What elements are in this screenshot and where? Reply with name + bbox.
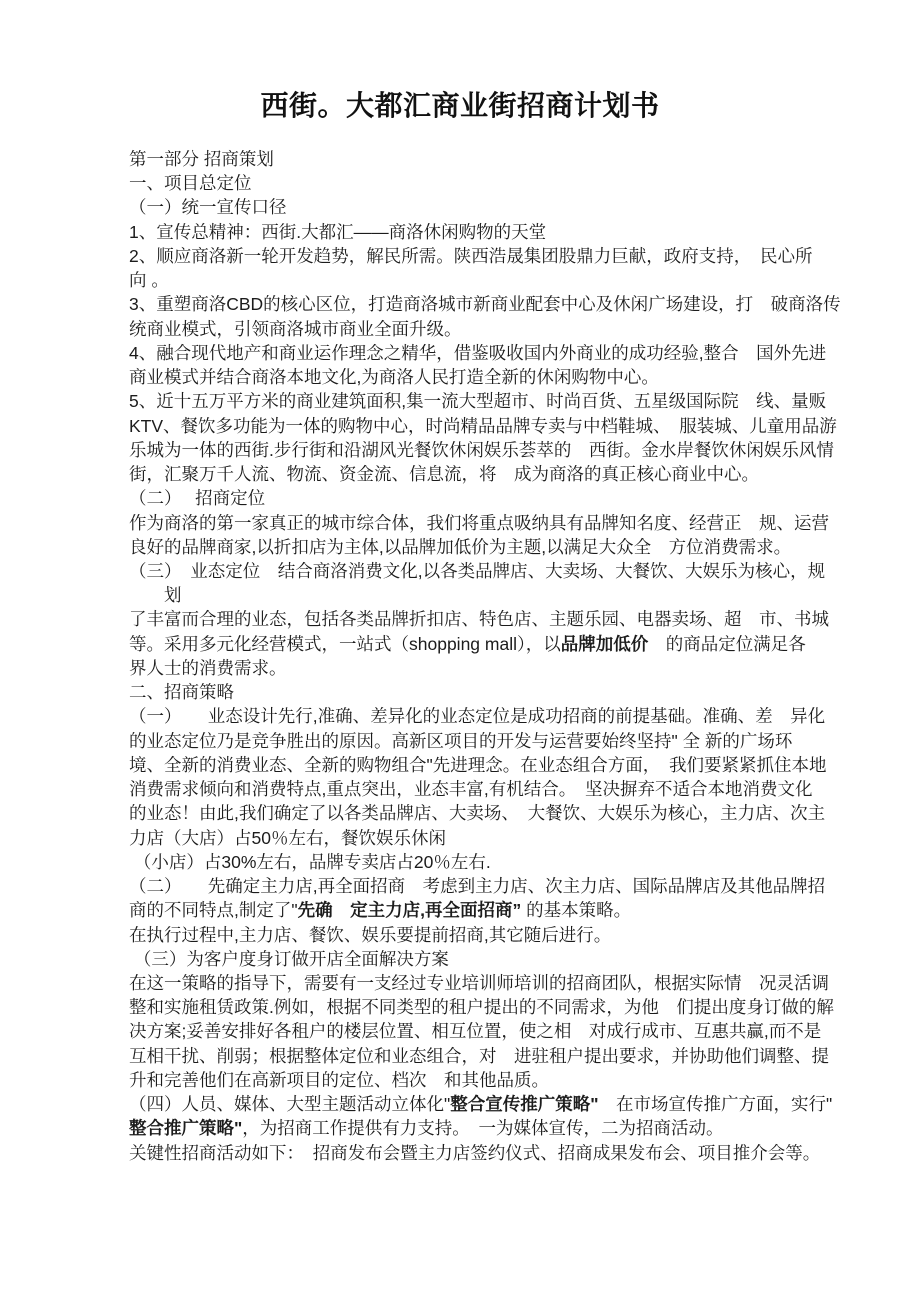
text-segment: 整和实施租赁政策.例如，根据不同类型的租户提出的不同需求，为他 们提出度身订做的… [129, 997, 834, 1017]
text-segment: 作为商洛的第一家真正的城市综合体，我们将重点吸纳具有品牌知名度、经营正 规、运营 [129, 513, 829, 533]
text-segment: 1、宣传总精神：西街.大都汇——商洛休闲购物的天堂 [129, 222, 546, 242]
document-title: 西街。大都汇商业街招商计划书 [0, 90, 920, 122]
text-segment: 二、招商策略 [129, 682, 234, 702]
text-segment: 在这一策略的指导下，需要有一支经过专业培训师培训的招商团队，根据实际情 况灵活调 [129, 973, 829, 993]
text-segment: KTV、餐饮多功能为一体的购物中心，时尚精品品牌专卖与中档鞋城、 服装城、儿童用… [129, 416, 837, 436]
text-segment: （三） 业态定位 结合商洛消费文化,以各类品牌店、大卖场、大餐饮、大娱乐为核心，… [129, 561, 825, 581]
text-segment: 的业态！由此,我们确定了以各类品牌店、大卖场、 大餐饮、大娱乐为核心，主力店、次… [129, 803, 825, 823]
text-segment: 商业模式并结合商洛本地文化,为商洛人民打造全新的休闲购物中心。 [129, 367, 659, 387]
text-segment: 一、项目总定位 [129, 173, 252, 193]
bold-text-segment: 先确 定主力店,再全面招商” [298, 900, 522, 920]
paragraph-line: 2、顺应商洛新一轮开发趋势，解民所需。陕西浩晟集团股鼎力巨献，政府支持， 民心所 [129, 244, 801, 268]
text-segment: 4、融合现代地产和商业运作理念之精华，借鉴吸收国内外商业的成功经验,整合 国外先… [129, 343, 826, 363]
text-segment: 的基本策略。 [521, 900, 631, 920]
document-page: 西街。大都汇商业街招商计划书 第一部分 招商策划一、项目总定位（一）统一宣传口径… [0, 0, 920, 1302]
paragraph-line: 界人士的消费需求。 [129, 656, 801, 680]
text-segment: ，为招商工作提供有力支持。 一为媒体宣传，二为招商活动。 [242, 1118, 723, 1138]
paragraph-line: （一）统一宣传口径 [129, 195, 801, 219]
text-segment: 在市场宣传推广方面，实行" [599, 1094, 833, 1114]
text-segment: 界人士的消费需求。 [129, 658, 287, 678]
bold-text-segment: 整合推广策略" [129, 1118, 242, 1138]
paragraph-line: 整和实施租赁政策.例如，根据不同类型的租户提出的不同需求，为他 们提出度身订做的… [129, 995, 801, 1019]
paragraph-line: 良好的品牌商家,以折扣店为主体,以品牌加低价为主题,以满足大众全 方位消费需求。 [129, 535, 801, 559]
text-segment: 第一部分 招商策划 [129, 149, 274, 169]
paragraph-line: 向 。 [129, 268, 801, 292]
text-segment: 境、全新的消费业态、全新的购物组合"先进理念。在业态组合方面， 我们要紧紧抓住本… [129, 755, 826, 775]
bold-text-segment: 品牌加低价 [561, 634, 649, 654]
paragraph-line: 在执行过程中,主力店、餐饮、娱乐要提前招商,其它随后进行。 [129, 923, 801, 947]
paragraph-line: 互相干扰、削弱；根据整体定位和业态组合，对 进驻租户提出要求，并协助他们调整、提 [129, 1044, 801, 1068]
text-segment: 消费需求倾向和消费特点,重点突出，业态丰富,有机结合。 坚决摒弃不适合本地消费文… [129, 779, 812, 799]
text-segment: 商的不同特点,制定了" [129, 900, 298, 920]
document-body: 第一部分 招商策划一、项目总定位（一）统一宣传口径1、宣传总精神：西街.大都汇—… [129, 147, 801, 1165]
text-segment: 3、重塑商洛CBD的核心区位，打造商洛城市新商业配套中心及休闲广场建设，打 破商… [129, 294, 841, 314]
paragraph-line: 一、项目总定位 [129, 171, 801, 195]
text-segment: （一） 业态设计先行,准确、差异化的业态定位是成功招商的前提基础。准确、差 异化 [129, 706, 825, 726]
paragraph-line: 商业模式并结合商洛本地文化,为商洛人民打造全新的休闲购物中心。 [129, 365, 801, 389]
paragraph-line: 升和完善他们在高新项目的定位、档次 和其他品质。 [129, 1068, 801, 1092]
paragraph-line: 第一部分 招商策划 [129, 147, 801, 171]
paragraph-line: （二） 招商定位 [129, 486, 801, 510]
paragraph-line: KTV、餐饮多功能为一体的购物中心，时尚精品品牌专卖与中档鞋城、 服装城、儿童用… [129, 414, 801, 438]
text-segment: 等。采用多元化经营模式，一站式（shopping mall），以 [129, 634, 561, 654]
text-segment: 划 [129, 585, 182, 605]
text-segment: 5、近十五万平方米的商业建筑面积,集一流大型超市、时尚百货、五星级国际院 线、量… [129, 391, 826, 411]
text-segment: 向 。 [129, 270, 169, 290]
paragraph-line: 作为商洛的第一家真正的城市综合体，我们将重点吸纳具有品牌知名度、经营正 规、运营 [129, 511, 801, 535]
text-segment: （二） 招商定位 [129, 488, 265, 508]
text-segment: 乐城为一体的西街.步行街和沿湖风光餐饮休闲娱乐荟萃的 西街。金水岸餐饮休闲娱乐风… [129, 440, 834, 460]
text-segment: （四）人员、媒体、大型主题活动立体化" [129, 1094, 450, 1114]
paragraph-line: （二） 先确定主力店,再全面招商 考虑到主力店、次主力店、国际品牌店及其他品牌招 [129, 874, 801, 898]
text-segment: （三）为客户度身订做开店全面解决方案 [129, 949, 449, 969]
paragraph-line: 在这一策略的指导下，需要有一支经过专业培训师培训的招商团队，根据实际情 况灵活调 [129, 971, 801, 995]
text-segment: 街，汇聚万千人流、物流、资金流、信息流，将 成为商洛的真正核心商业中心。 [129, 464, 759, 484]
paragraph-line: 关键性招商活动如下： 招商发布会暨主力店签约仪式、招商成果发布会、项目推介会等。 [129, 1141, 801, 1165]
text-segment: 关键性招商活动如下： 招商发布会暨主力店签约仪式、招商成果发布会、项目推介会等。 [129, 1143, 820, 1163]
text-segment: （小店）占30%左右，品牌专卖店占20％左右. [129, 852, 491, 872]
text-segment: 2、顺应商洛新一轮开发趋势，解民所需。陕西浩晟集团股鼎力巨献，政府支持， 民心所 [129, 246, 812, 266]
text-segment: 的业态定位乃是竞争胜出的原因。高新区项目的开发与运营要始终坚持" 全 新的广场环 [129, 731, 792, 751]
paragraph-line: 统商业模式，引领商洛城市商业全面升级。 [129, 317, 801, 341]
text-segment: 良好的品牌商家,以折扣店为主体,以品牌加低价为主题,以满足大众全 方位消费需求。 [129, 537, 791, 557]
paragraph-line: 5、近十五万平方米的商业建筑面积,集一流大型超市、时尚百货、五星级国际院 线、量… [129, 389, 801, 413]
paragraph-line: 决方案;妥善安排好各租户的楼层位置、相互位置，使之相 对成行成市、互惠共赢,而不… [129, 1019, 801, 1043]
text-segment: 升和完善他们在高新项目的定位、档次 和其他品质。 [129, 1070, 549, 1090]
text-segment: 互相干扰、削弱；根据整体定位和业态组合，对 进驻租户提出要求，并协助他们调整、提 [129, 1046, 829, 1066]
paragraph-line: （三）为客户度身订做开店全面解决方案 [129, 947, 801, 971]
paragraph-line: 消费需求倾向和消费特点,重点突出，业态丰富,有机结合。 坚决摒弃不适合本地消费文… [129, 777, 801, 801]
paragraph-line: 力店（大店）占50％左右，餐饮娱乐休闲 [129, 826, 801, 850]
paragraph-line: 4、融合现代地产和商业运作理念之精华，借鉴吸收国内外商业的成功经验,整合 国外先… [129, 341, 801, 365]
paragraph-line: 商的不同特点,制定了"先确 定主力店,再全面招商” 的基本策略。 [129, 898, 801, 922]
text-segment: 了丰富而合理的业态，包括各类品牌折扣店、特色店、主题乐园、电器卖场、超 市、书城 [129, 609, 829, 629]
text-segment: 力店（大店）占50％左右，餐饮娱乐休闲 [129, 828, 446, 848]
paragraph-line: 了丰富而合理的业态，包括各类品牌折扣店、特色店、主题乐园、电器卖场、超 市、书城 [129, 607, 801, 631]
text-segment: 在执行过程中,主力店、餐饮、娱乐要提前招商,其它随后进行。 [129, 925, 611, 945]
text-segment: 的商品定位满足各 [648, 634, 806, 654]
paragraph-line: 乐城为一体的西街.步行街和沿湖风光餐饮休闲娱乐荟萃的 西街。金水岸餐饮休闲娱乐风… [129, 438, 801, 462]
paragraph-line: 街，汇聚万千人流、物流、资金流、信息流，将 成为商洛的真正核心商业中心。 [129, 462, 801, 486]
paragraph-line: 整合推广策略"，为招商工作提供有力支持。 一为媒体宣传，二为招商活动。 [129, 1116, 801, 1140]
paragraph-line: （一） 业态设计先行,准确、差异化的业态定位是成功招商的前提基础。准确、差 异化 [129, 704, 801, 728]
bold-text-segment: 整合宣传推广策略" [450, 1094, 598, 1114]
text-segment: （二） 先确定主力店,再全面招商 考虑到主力店、次主力店、国际品牌店及其他品牌招 [129, 876, 825, 896]
paragraph-line: 3、重塑商洛CBD的核心区位，打造商洛城市新商业配套中心及休闲广场建设，打 破商… [129, 292, 801, 316]
paragraph-line: 等。采用多元化经营模式，一站式（shopping mall），以品牌加低价 的商… [129, 632, 801, 656]
paragraph-line: 1、宣传总精神：西街.大都汇——商洛休闲购物的天堂 [129, 220, 801, 244]
paragraph-line: （三） 业态定位 结合商洛消费文化,以各类品牌店、大卖场、大餐饮、大娱乐为核心，… [129, 559, 801, 583]
paragraph-line: 境、全新的消费业态、全新的购物组合"先进理念。在业态组合方面， 我们要紧紧抓住本… [129, 753, 801, 777]
paragraph-line: 的业态！由此,我们确定了以各类品牌店、大卖场、 大餐饮、大娱乐为核心，主力店、次… [129, 801, 801, 825]
paragraph-line: 划 [129, 583, 801, 607]
paragraph-line: （小店）占30%左右，品牌专卖店占20％左右. [129, 850, 801, 874]
paragraph-line: 的业态定位乃是竞争胜出的原因。高新区项目的开发与运营要始终坚持" 全 新的广场环 [129, 729, 801, 753]
text-segment: （一）统一宣传口径 [129, 197, 287, 217]
paragraph-line: 二、招商策略 [129, 680, 801, 704]
text-segment: 决方案;妥善安排好各租户的楼层位置、相互位置，使之相 对成行成市、互惠共赢,而不… [129, 1021, 821, 1041]
paragraph-line: （四）人员、媒体、大型主题活动立体化"整合宣传推广策略" 在市场宣传推广方面，实… [129, 1092, 801, 1116]
text-segment: 统商业模式，引领商洛城市商业全面升级。 [129, 319, 462, 339]
